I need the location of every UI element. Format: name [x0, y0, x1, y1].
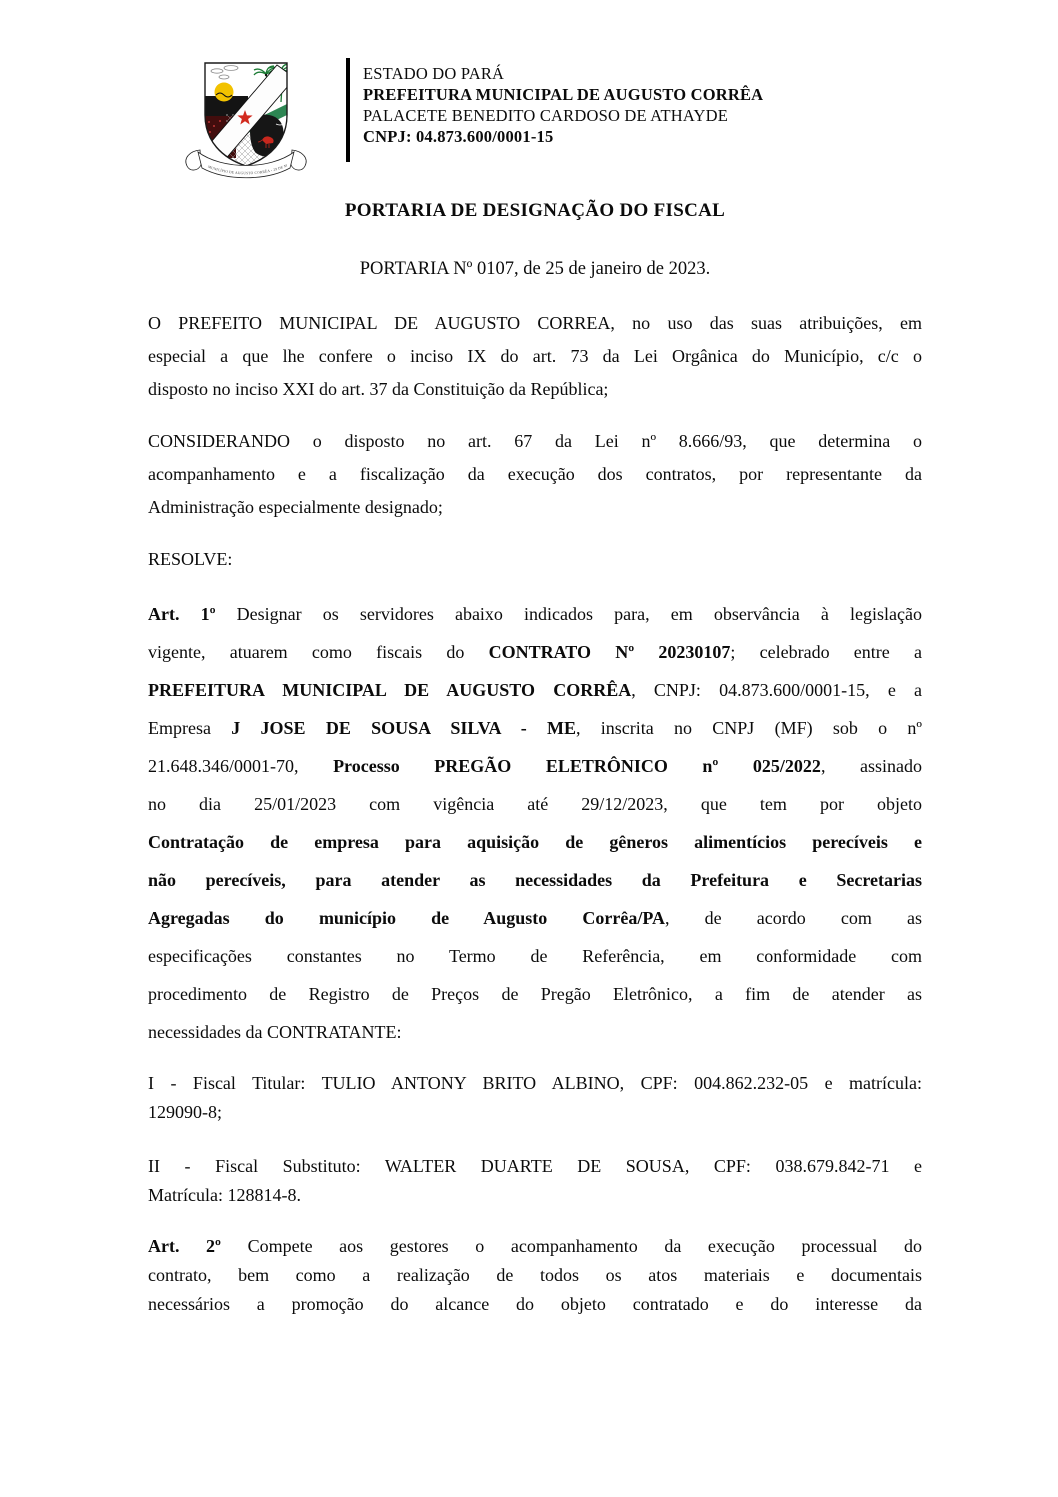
text-segment: no dia 25/01/2023 com vigência até 29/12… [148, 794, 922, 814]
document-page: MUNICÍPIO DE AUGUSTO CORRÊA - 29 DE MARÇ… [0, 0, 1058, 1497]
resolve-label: RESOLVE: [148, 543, 922, 576]
text-segment: , assinado [821, 756, 922, 776]
text-segment: PALACETE BENEDITO CARDOSO DE ATHAYDE [363, 106, 728, 125]
text-segment: 129090-8; [148, 1102, 222, 1122]
article-2-paragraph: Art. 2º Compete aos gestores o acompanha… [148, 1232, 922, 1319]
text-line: acompanhamento e a fiscalização da execu… [148, 458, 922, 491]
text-line: Matrícula: 128814-8. [148, 1181, 922, 1210]
text-line: CNPJ: 04.873.600/0001-15 [363, 126, 863, 147]
text-segment: necessários a promoção do alcance do obj… [148, 1294, 922, 1314]
letterhead: ESTADO DO PARÁPREFEITURA MUNICIPAL DE AU… [363, 63, 863, 147]
text-line: Art. 2º Compete aos gestores o acompanha… [148, 1232, 922, 1261]
text-line: PREFEITURA MUNICIPAL DE AUGUSTO CORRÊA, … [148, 671, 922, 709]
text-segment: Administração especialmente designado; [148, 497, 443, 517]
text-segment: especial a que lhe confere o inciso IX d… [148, 346, 922, 366]
text-segment: , de acordo com as [665, 908, 922, 928]
text-line: Agregadas do município de Augusto Corrêa… [148, 899, 922, 937]
header-divider [346, 58, 350, 162]
text-segment: vigente, atuarem como fiscais do [148, 642, 489, 662]
text-segment: Compete aos gestores o acompanhamento da… [248, 1236, 922, 1256]
text-line: Empresa J JOSE DE SOUSA SILVA - ME, insc… [148, 709, 922, 747]
text-line: 129090-8; [148, 1098, 922, 1127]
text-line: Administração especialmente designado; [148, 491, 922, 524]
text-segment: necessidades da CONTRATANTE: [148, 1022, 402, 1042]
text-line: ESTADO DO PARÁ [363, 63, 863, 84]
text-line: contrato, bem como a realização de todos… [148, 1261, 922, 1290]
text-segment: especificações constantes no Termo de Re… [148, 946, 922, 966]
text-segment: CONSIDERANDO o disposto no art. 67 da Le… [148, 431, 922, 451]
text-segment: I - Fiscal Titular: TULIO ANTONY BRITO A… [148, 1073, 922, 1093]
text-line: Contratação de empresa para aquisição de… [148, 823, 922, 861]
bold-text-segment: PREFEITURA MUNICIPAL DE AUGUSTO CORRÊA [148, 680, 631, 700]
bold-text-segment: J JOSE DE SOUSA SILVA - ME [231, 718, 576, 738]
document-title: PORTARIA DE DESIGNAÇÃO DO FISCAL [148, 200, 922, 222]
text-line: PREFEITURA MUNICIPAL DE AUGUSTO CORRÊA [363, 84, 863, 105]
fiscal-titular-item: I - Fiscal Titular: TULIO ANTONY BRITO A… [148, 1069, 922, 1127]
preamble-paragraph: O PREFEITO MUNICIPAL DE AUGUSTO CORREA, … [148, 307, 922, 406]
text-line: I - Fiscal Titular: TULIO ANTONY BRITO A… [148, 1069, 922, 1098]
text-segment: contrato, bem como a realização de todos… [148, 1265, 922, 1285]
text-line: necessários a promoção do alcance do obj… [148, 1290, 922, 1319]
text-segment: ESTADO DO PARÁ [363, 64, 504, 83]
text-segment: Matrícula: 128814-8. [148, 1185, 301, 1205]
text-segment: , CNPJ: 04.873.600/0001-15, e a [631, 680, 922, 700]
text-line: PALACETE BENEDITO CARDOSO DE ATHAYDE [363, 105, 863, 126]
bold-text-segment: Processo PREGÃO ELETRÔNICO nº 025/2022 [333, 756, 821, 776]
considerando-paragraph: CONSIDERANDO o disposto no art. 67 da Le… [148, 425, 922, 524]
bold-text-segment: Art. 2º [148, 1236, 248, 1256]
article-1-paragraph: Art. 1º Designar os servidores abaixo in… [148, 595, 922, 1051]
text-segment: acompanhamento e a fiscalização da execu… [148, 464, 922, 484]
bold-text-segment: Art. 1º [148, 604, 237, 624]
text-line: 21.648.346/0001-70, Processo PREGÃO ELET… [148, 747, 922, 785]
text-segment: Empresa [148, 718, 231, 738]
text-segment: disposto no inciso XXI do art. 37 da Con… [148, 379, 608, 399]
bold-text-segment: CONTRATO Nº 20230107 [489, 642, 731, 662]
text-line: no dia 25/01/2023 com vigência até 29/12… [148, 785, 922, 823]
text-segment: O PREFEITO MUNICIPAL DE AUGUSTO CORREA, … [148, 313, 922, 333]
text-line: II - Fiscal Substituto: WALTER DUARTE DE… [148, 1152, 922, 1181]
bold-text-segment: não perecíveis, para atender as necessid… [148, 870, 922, 890]
text-line: especial a que lhe confere o inciso IX d… [148, 340, 922, 373]
text-segment: , inscrita no CNPJ (MF) sob o nº [576, 718, 922, 738]
text-segment: 21.648.346/0001-70, [148, 756, 333, 776]
portaria-number-line: PORTARIA Nº 0107, de 25 de janeiro de 20… [148, 259, 922, 280]
text-line: procedimento de Registro de Preços de Pr… [148, 975, 922, 1013]
bold-text-segment: Contratação de empresa para aquisição de… [148, 832, 922, 852]
bold-text-segment: CNPJ: 04.873.600/0001-15 [363, 127, 553, 146]
bold-text-segment: PREFEITURA MUNICIPAL DE AUGUSTO CORRÊA [363, 85, 763, 104]
text-line: Art. 1º Designar os servidores abaixo in… [148, 595, 922, 633]
text-segment: procedimento de Registro de Preços de Pr… [148, 984, 922, 1004]
bold-text-segment: Agregadas do município de Augusto Corrêa… [148, 908, 665, 928]
fiscal-substituto-item: II - Fiscal Substituto: WALTER DUARTE DE… [148, 1152, 922, 1210]
municipal-coat-of-arms: MUNICÍPIO DE AUGUSTO CORRÊA - 29 DE MARÇ… [176, 58, 316, 184]
text-line: CONSIDERANDO o disposto no art. 67 da Le… [148, 425, 922, 458]
text-line: não perecíveis, para atender as necessid… [148, 861, 922, 899]
text-line: O PREFEITO MUNICIPAL DE AUGUSTO CORREA, … [148, 307, 922, 340]
text-line: necessidades da CONTRATANTE: [148, 1013, 922, 1051]
text-segment: ; celebrado entre a [730, 642, 922, 662]
text-line: disposto no inciso XXI do art. 37 da Con… [148, 373, 922, 406]
sun-icon [215, 83, 234, 102]
text-segment: Designar os servidores abaixo indicados … [237, 604, 922, 624]
text-line: especificações constantes no Termo de Re… [148, 937, 922, 975]
text-segment: II - Fiscal Substituto: WALTER DUARTE DE… [148, 1156, 922, 1176]
text-line: vigente, atuarem como fiscais do CONTRAT… [148, 633, 922, 671]
